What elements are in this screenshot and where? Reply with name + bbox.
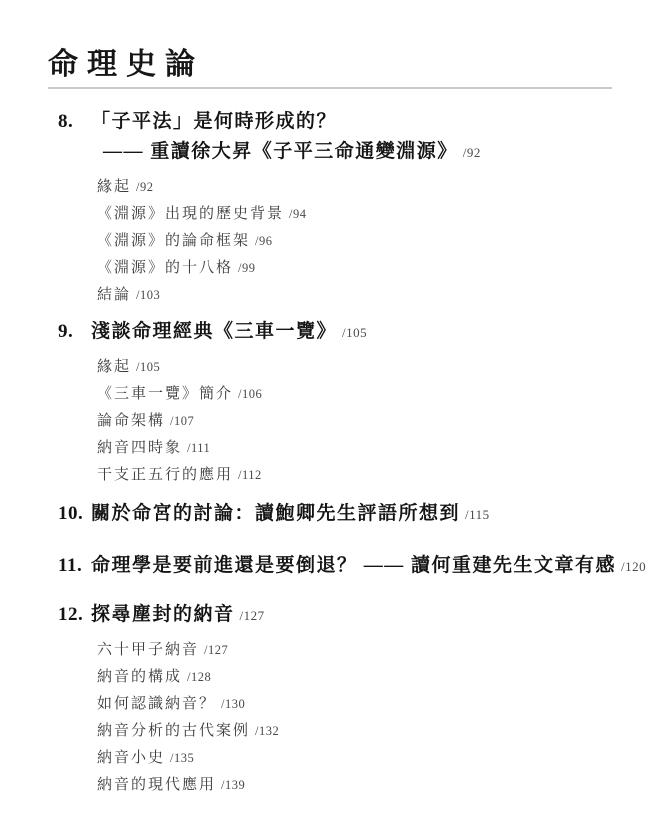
toc-item-label: 納音分析的古代案例: [97, 723, 250, 739]
toc-item: 納音的現代應用/139: [97, 772, 613, 799]
toc-chapter-9: 9.淺談命理經典《三車一覽》/105 緣起/105 《三車一覽》簡介/106 論…: [58, 317, 613, 489]
chapter-item-list: 緣起/92 《淵源》出現的歷史背景/94 《淵源》的論命框架/96 《淵源》的十…: [58, 174, 613, 309]
chapter-heading: 10.關於命宮的討論：讀鮑卿先生評語所想到/115: [58, 499, 613, 530]
page-number: /127: [204, 643, 228, 657]
toc-item: 納音的構成/128: [97, 664, 613, 691]
chapter-number: 8.: [58, 107, 91, 137]
toc-item-label: 緣起: [97, 359, 131, 375]
chapter-heading: 12.探尋塵封的納音/127: [58, 600, 613, 631]
toc-item: 六十甲子納音/127: [97, 637, 613, 664]
toc-item: 緣起/105: [97, 354, 613, 381]
chapter-title: 命理學是要前進還是要倒退？ —— 讀何重建先生文章有感: [91, 555, 616, 576]
toc-item: 干支正五行的應用/112: [97, 462, 613, 489]
toc-item: 《淵源》的論命框架/96: [97, 228, 613, 255]
chapter-heading: 9.淺談命理經典《三車一覽》/105: [58, 317, 613, 348]
chapter-item-list: 緣起/105 《三車一覽》簡介/106 論命架構/107 納音四時象/111 干…: [58, 354, 613, 489]
toc-item-label: 納音小史: [97, 750, 165, 766]
page-number: /105: [342, 325, 367, 340]
page-number: /128: [187, 670, 211, 684]
chapter-number: 11.: [58, 551, 91, 581]
chapter-subtitle-line: —— 重讀徐大昇《子平三命通變淵源》/92: [58, 137, 613, 168]
page-title: 命理史論: [48, 46, 613, 84]
toc-item: 結論/103: [97, 282, 613, 309]
toc-item-label: 《淵源》的論命框架: [97, 233, 250, 249]
chapter-item-list: 六十甲子納音/127 納音的構成/128 如何認識納音？/130 納音分析的古代…: [58, 637, 613, 799]
toc-item-label: 納音的現代應用: [97, 777, 216, 793]
chapter-title: 關於命宮的討論：讀鮑卿先生評語所想到: [91, 503, 460, 524]
toc-item-label: 《淵源》出現的歷史背景: [97, 206, 284, 222]
chapter-title: 「子平法」是何時形成的？: [91, 111, 337, 132]
toc-item-label: 結論: [97, 287, 131, 303]
toc-item-label: 六十甲子納音: [97, 642, 199, 658]
toc-item: 納音四時象/111: [97, 435, 613, 462]
page-number: /106: [238, 387, 262, 401]
toc-chapter-8: 8.「子平法」是何時形成的？ —— 重讀徐大昇《子平三命通變淵源》/92 緣起/…: [58, 107, 613, 309]
page-number: /115: [465, 507, 490, 522]
chapter-number: 9.: [58, 317, 91, 347]
page-number: /96: [255, 234, 272, 248]
toc-item: 《淵源》出現的歷史背景/94: [97, 201, 613, 228]
page-number: /132: [255, 724, 279, 738]
page-number: /111: [187, 441, 210, 455]
toc-chapter-12: 12.探尋塵封的納音/127 六十甲子納音/127 納音的構成/128 如何認識…: [58, 600, 613, 799]
page-number: /127: [240, 608, 265, 623]
page-number: /105: [136, 360, 160, 374]
toc-item-label: 納音四時象: [97, 440, 182, 456]
chapter-number: 10.: [58, 499, 91, 529]
toc-item: 緣起/92: [97, 174, 613, 201]
chapter-subtitle: —— 重讀徐大昇《子平三命通變淵源》: [103, 141, 458, 162]
chapter-number: 12.: [58, 600, 91, 630]
chapter-heading: 8.「子平法」是何時形成的？: [58, 107, 613, 137]
toc-item-label: 納音的構成: [97, 669, 182, 685]
toc-item-label: 《三車一覽》簡介: [97, 386, 233, 402]
toc-item: 納音分析的古代案例/132: [97, 718, 613, 745]
toc-item: 納音小史/135: [97, 745, 613, 772]
toc-item: 論命架構/107: [97, 408, 613, 435]
page-number: /130: [221, 697, 245, 711]
toc-item: 《淵源》的十八格/99: [97, 255, 613, 282]
toc-chapter-11: 11.命理學是要前進還是要倒退？ —— 讀何重建先生文章有感/120: [58, 551, 613, 582]
title-divider: [48, 87, 612, 89]
toc-page: 命理史論 8.「子平法」是何時形成的？ —— 重讀徐大昇《子平三命通變淵源》/9…: [0, 0, 653, 828]
chapter-heading: 11.命理學是要前進還是要倒退？ —— 讀何重建先生文章有感/120: [58, 551, 613, 582]
toc-item-label: 干支正五行的應用: [97, 467, 233, 483]
toc-item-label: 如何認識納音？: [97, 696, 216, 712]
page-number: /139: [221, 778, 245, 792]
chapter-title: 淺談命理經典《三車一覽》: [91, 321, 337, 342]
page-number: /135: [170, 751, 194, 765]
page-number: /107: [170, 414, 194, 428]
toc-chapter-10: 10.關於命宮的討論：讀鮑卿先生評語所想到/115: [58, 499, 613, 530]
page-number: /92: [136, 180, 153, 194]
page-number: /94: [289, 207, 306, 221]
page-number: /103: [136, 288, 160, 302]
toc-item-label: 論命架構: [97, 413, 165, 429]
page-number: /112: [238, 468, 262, 482]
page-number: /120: [621, 559, 646, 574]
chapter-title: 探尋塵封的納音: [91, 604, 235, 625]
page-number: /99: [238, 261, 255, 275]
toc-item-label: 緣起: [97, 179, 131, 195]
toc-item: 《三車一覽》簡介/106: [97, 381, 613, 408]
toc-item: 如何認識納音？/130: [97, 691, 613, 718]
toc-item-label: 《淵源》的十八格: [97, 260, 233, 276]
page-number: /92: [463, 145, 481, 160]
